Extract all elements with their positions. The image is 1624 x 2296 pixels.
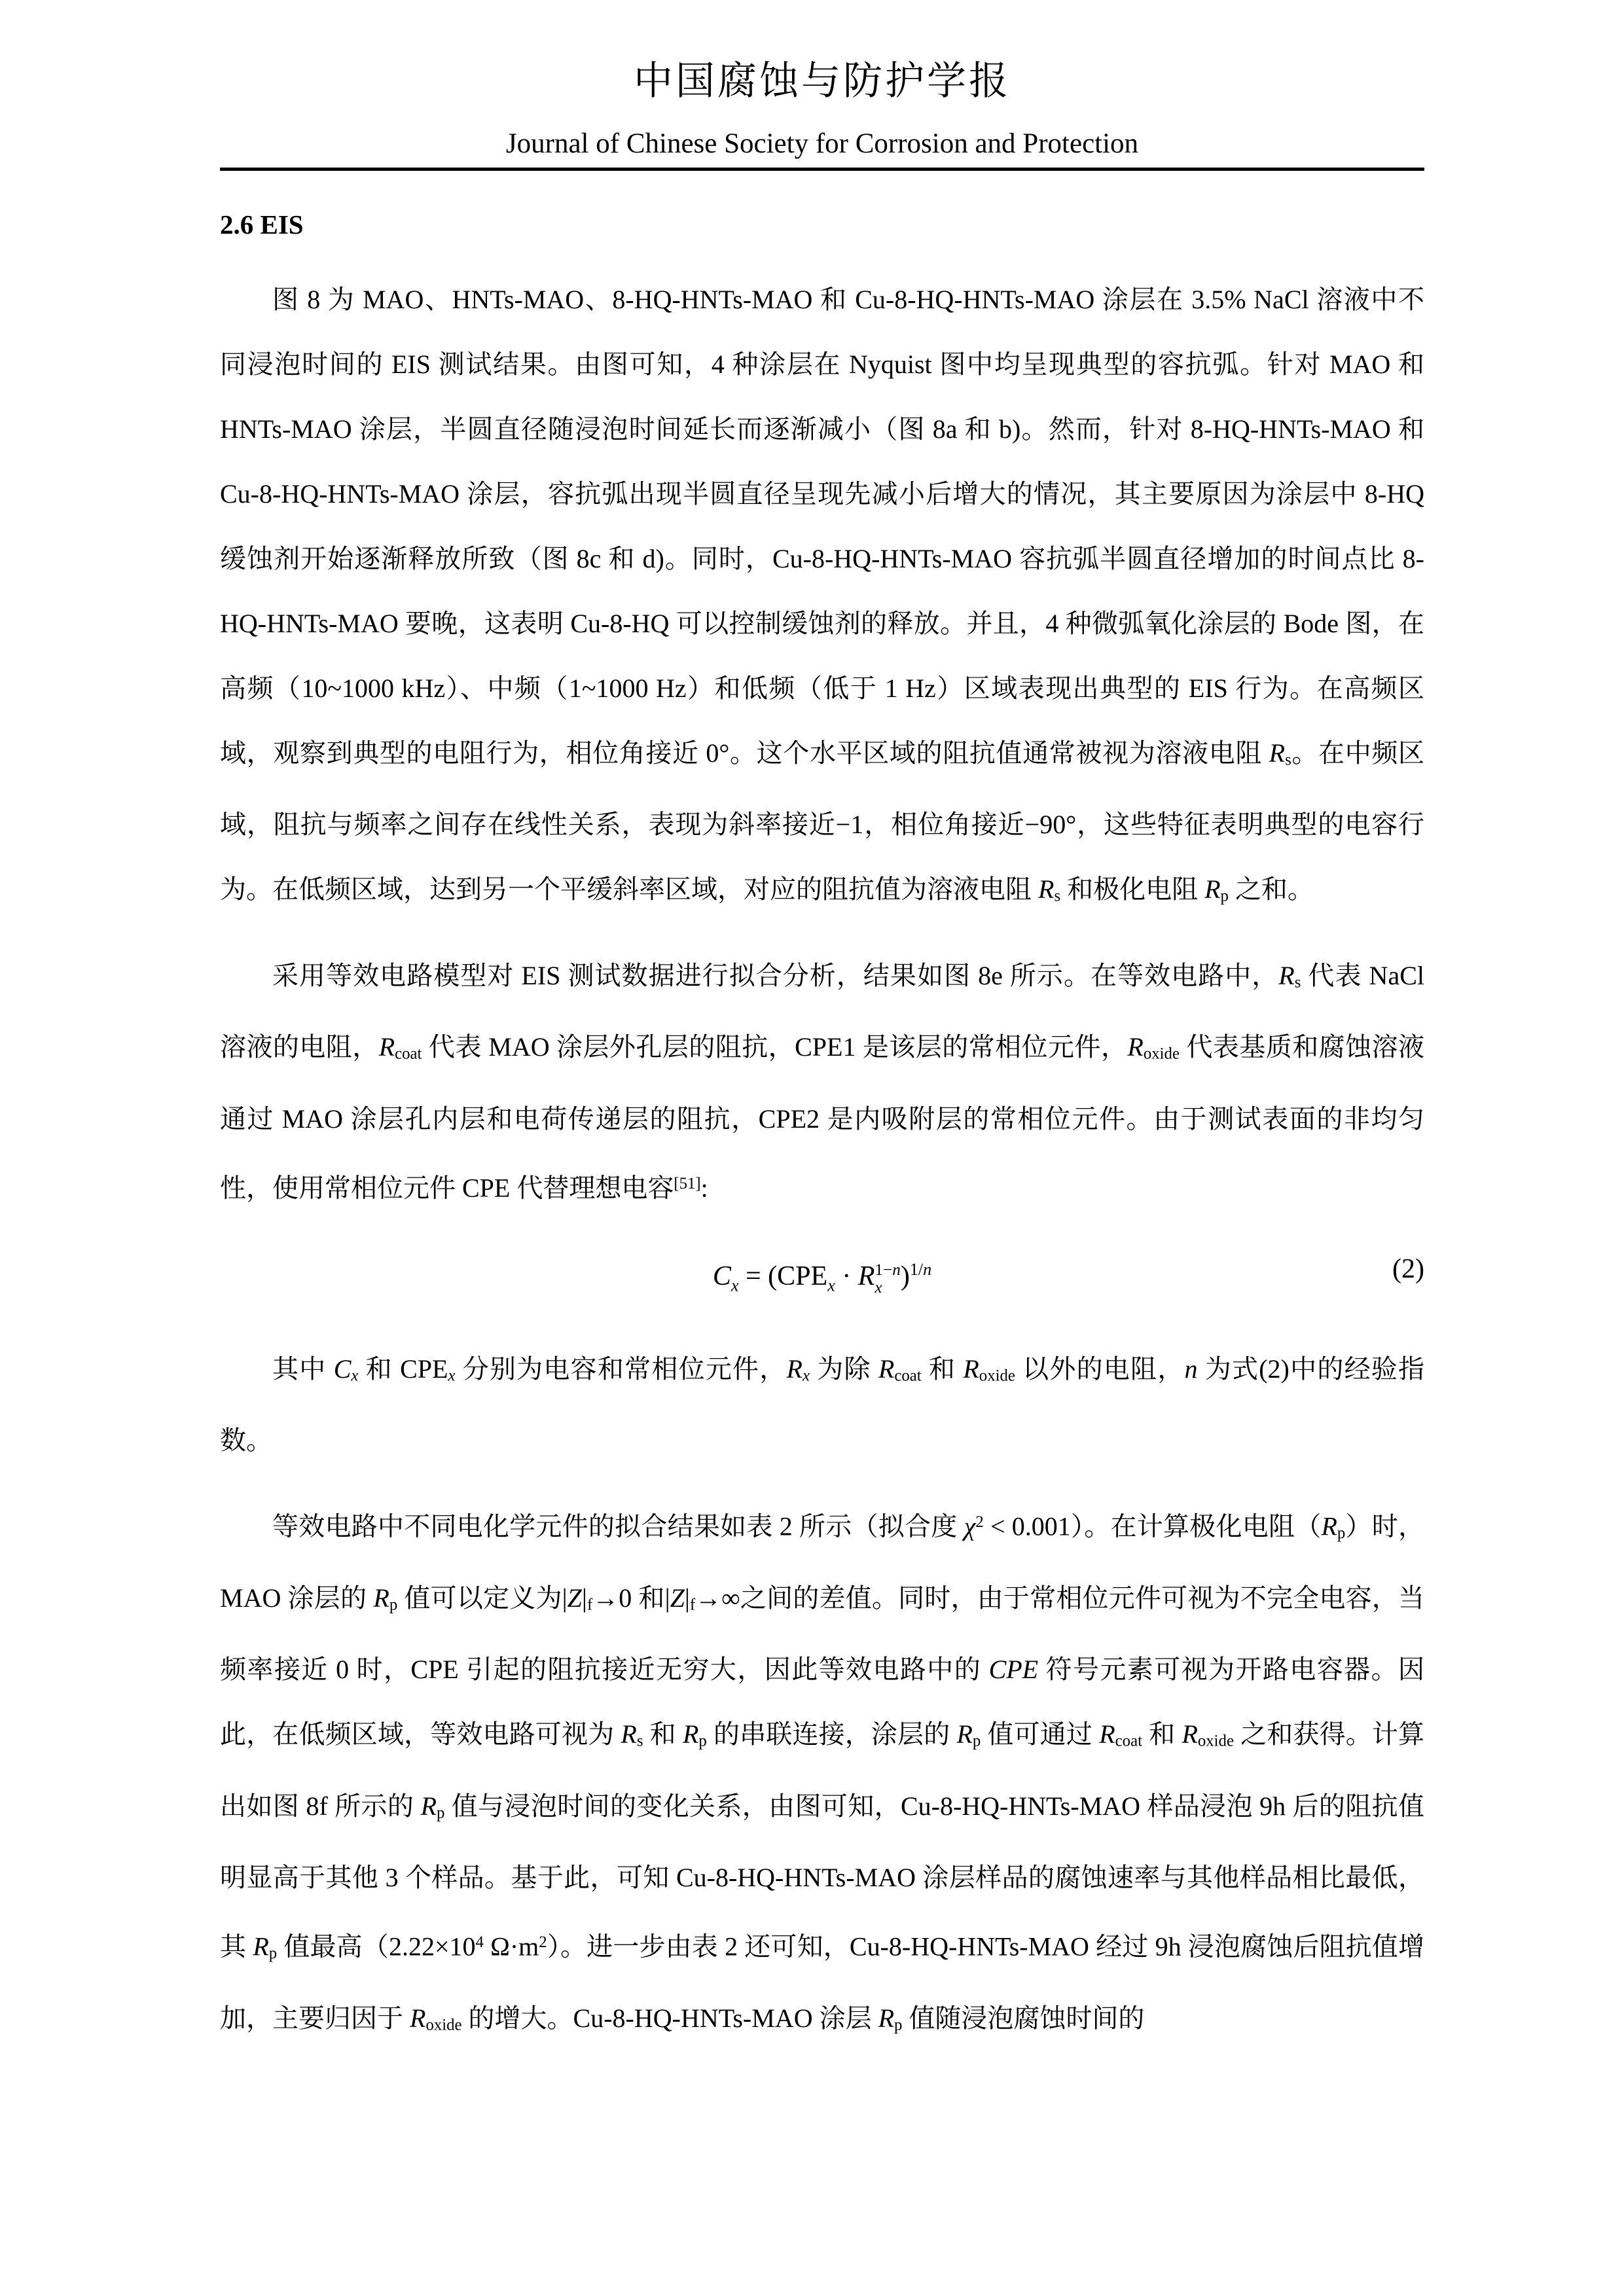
- header-divider-rule: [220, 168, 1424, 171]
- paragraph-4: 等效电路中不同电化学元件的拟合结果如表 2 所示（拟合度 χ2 < 0.001）…: [220, 1490, 1424, 2058]
- equation-2-body: Cx = (CPEx · R1−nx)1/n: [713, 1261, 931, 1291]
- paragraph-1: 图 8 为 MAO、HNTs-MAO、8-HQ-HNTs-MAO 和 Cu-8-…: [220, 267, 1424, 929]
- section-heading: 2.6 EIS: [220, 209, 1424, 241]
- paragraph-2: 采用等效电路模型对 EIS 测试数据进行拟合分析，结果如图 8e 所示。在等效电…: [220, 943, 1424, 1220]
- equation-2-number: (2): [1392, 1237, 1424, 1302]
- document-page: 中国腐蚀与防护学报 Journal of Chinese Society for…: [0, 0, 1624, 2296]
- equation-2-row: Cx = (CPEx · R1−nx)1/n (2): [220, 1237, 1424, 1318]
- journal-title-chinese: 中国腐蚀与防护学报: [220, 58, 1424, 105]
- journal-masthead: 中国腐蚀与防护学报 Journal of Chinese Society for…: [220, 58, 1424, 171]
- journal-title-english: Journal of Chinese Society for Corrosion…: [220, 127, 1424, 161]
- article-body: 2.6 EIS 图 8 为 MAO、HNTs-MAO、8-HQ-HNTs-MAO…: [220, 209, 1424, 2058]
- paragraph-3: 其中 Cx 和 CPEx 分别为电容和常相位元件，Rx 为除 Rcoat 和 R…: [220, 1336, 1424, 1473]
